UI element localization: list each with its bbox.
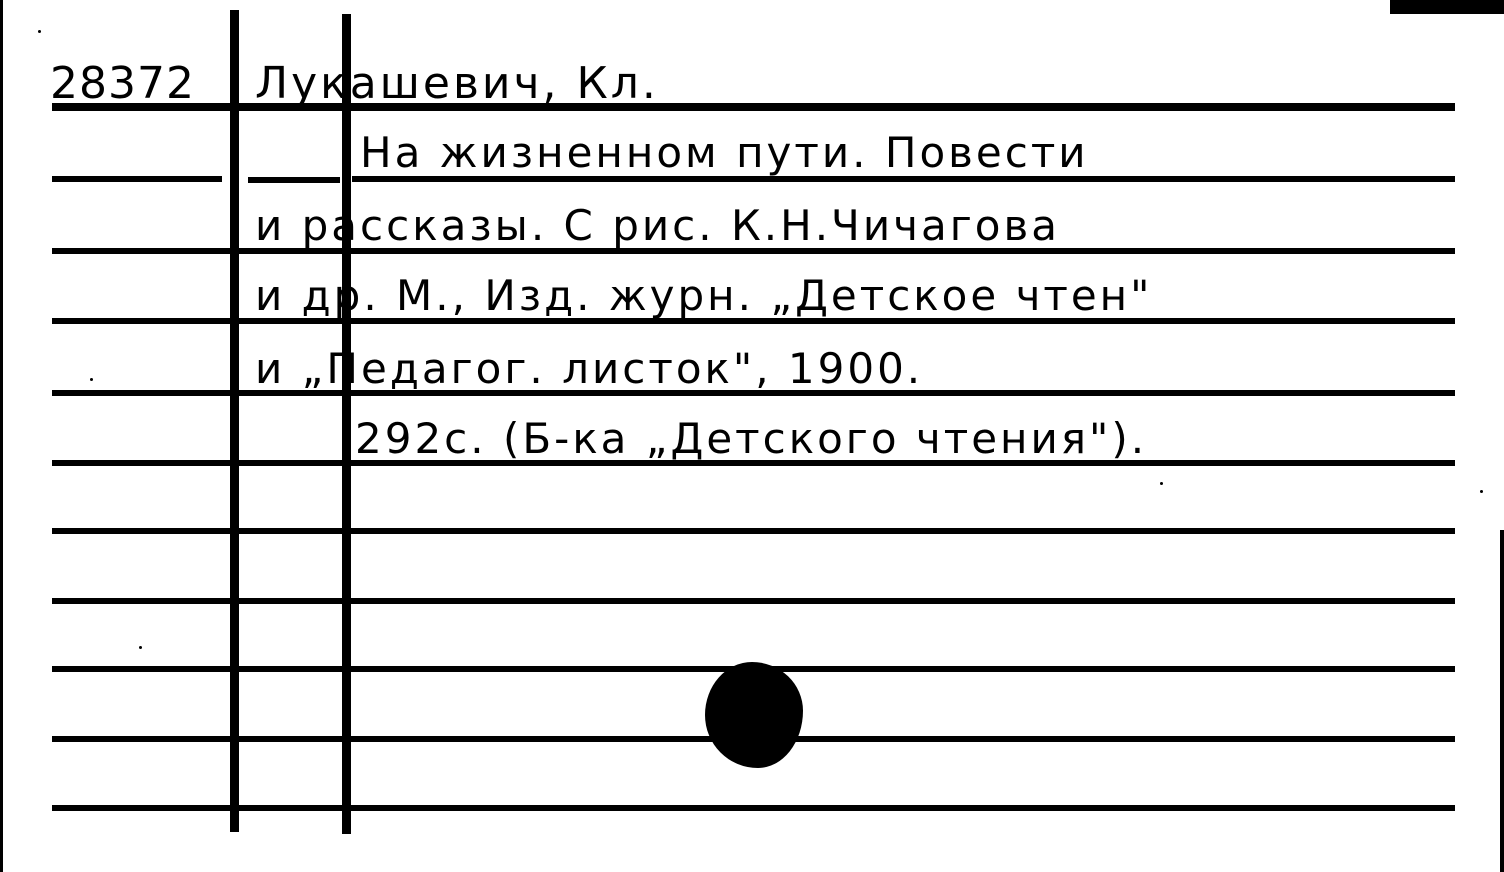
author-name: Лукашевич, Кл. <box>255 62 659 106</box>
ruled-line <box>248 177 340 183</box>
call-number: 28372 <box>50 62 195 106</box>
title-line-2: и рассказы. С рис. К.Н.Чичагова <box>255 205 1060 247</box>
ruled-line <box>52 598 1455 604</box>
title-line-1: На жизненном пути. Повести <box>360 132 1089 174</box>
speck <box>38 30 41 33</box>
catalog-card: 28372 Лукашевич, Кл. На жизненном пути. … <box>0 0 1504 872</box>
speck <box>720 360 723 363</box>
speck <box>90 378 93 381</box>
ruled-line <box>52 528 1455 534</box>
speck <box>1480 490 1483 493</box>
punch-hole <box>705 662 803 768</box>
speck <box>1160 482 1163 485</box>
ruled-line <box>52 176 222 182</box>
margin-line-right <box>342 14 351 834</box>
publication-line-1: и др. М., Изд. журн. „Детское чтен" <box>255 275 1152 317</box>
ruled-line <box>52 805 1455 811</box>
publication-line-2: и „Педагог. листок", 1900. <box>255 348 923 390</box>
pagination-series-line: 292с. (Б-ка „Детского чтения"). <box>355 418 1147 460</box>
speck <box>139 646 142 649</box>
card-right-edge <box>1500 530 1504 872</box>
margin-line-left <box>230 10 239 832</box>
card-left-edge <box>0 0 3 872</box>
card-top-edge-shadow <box>1390 0 1504 14</box>
